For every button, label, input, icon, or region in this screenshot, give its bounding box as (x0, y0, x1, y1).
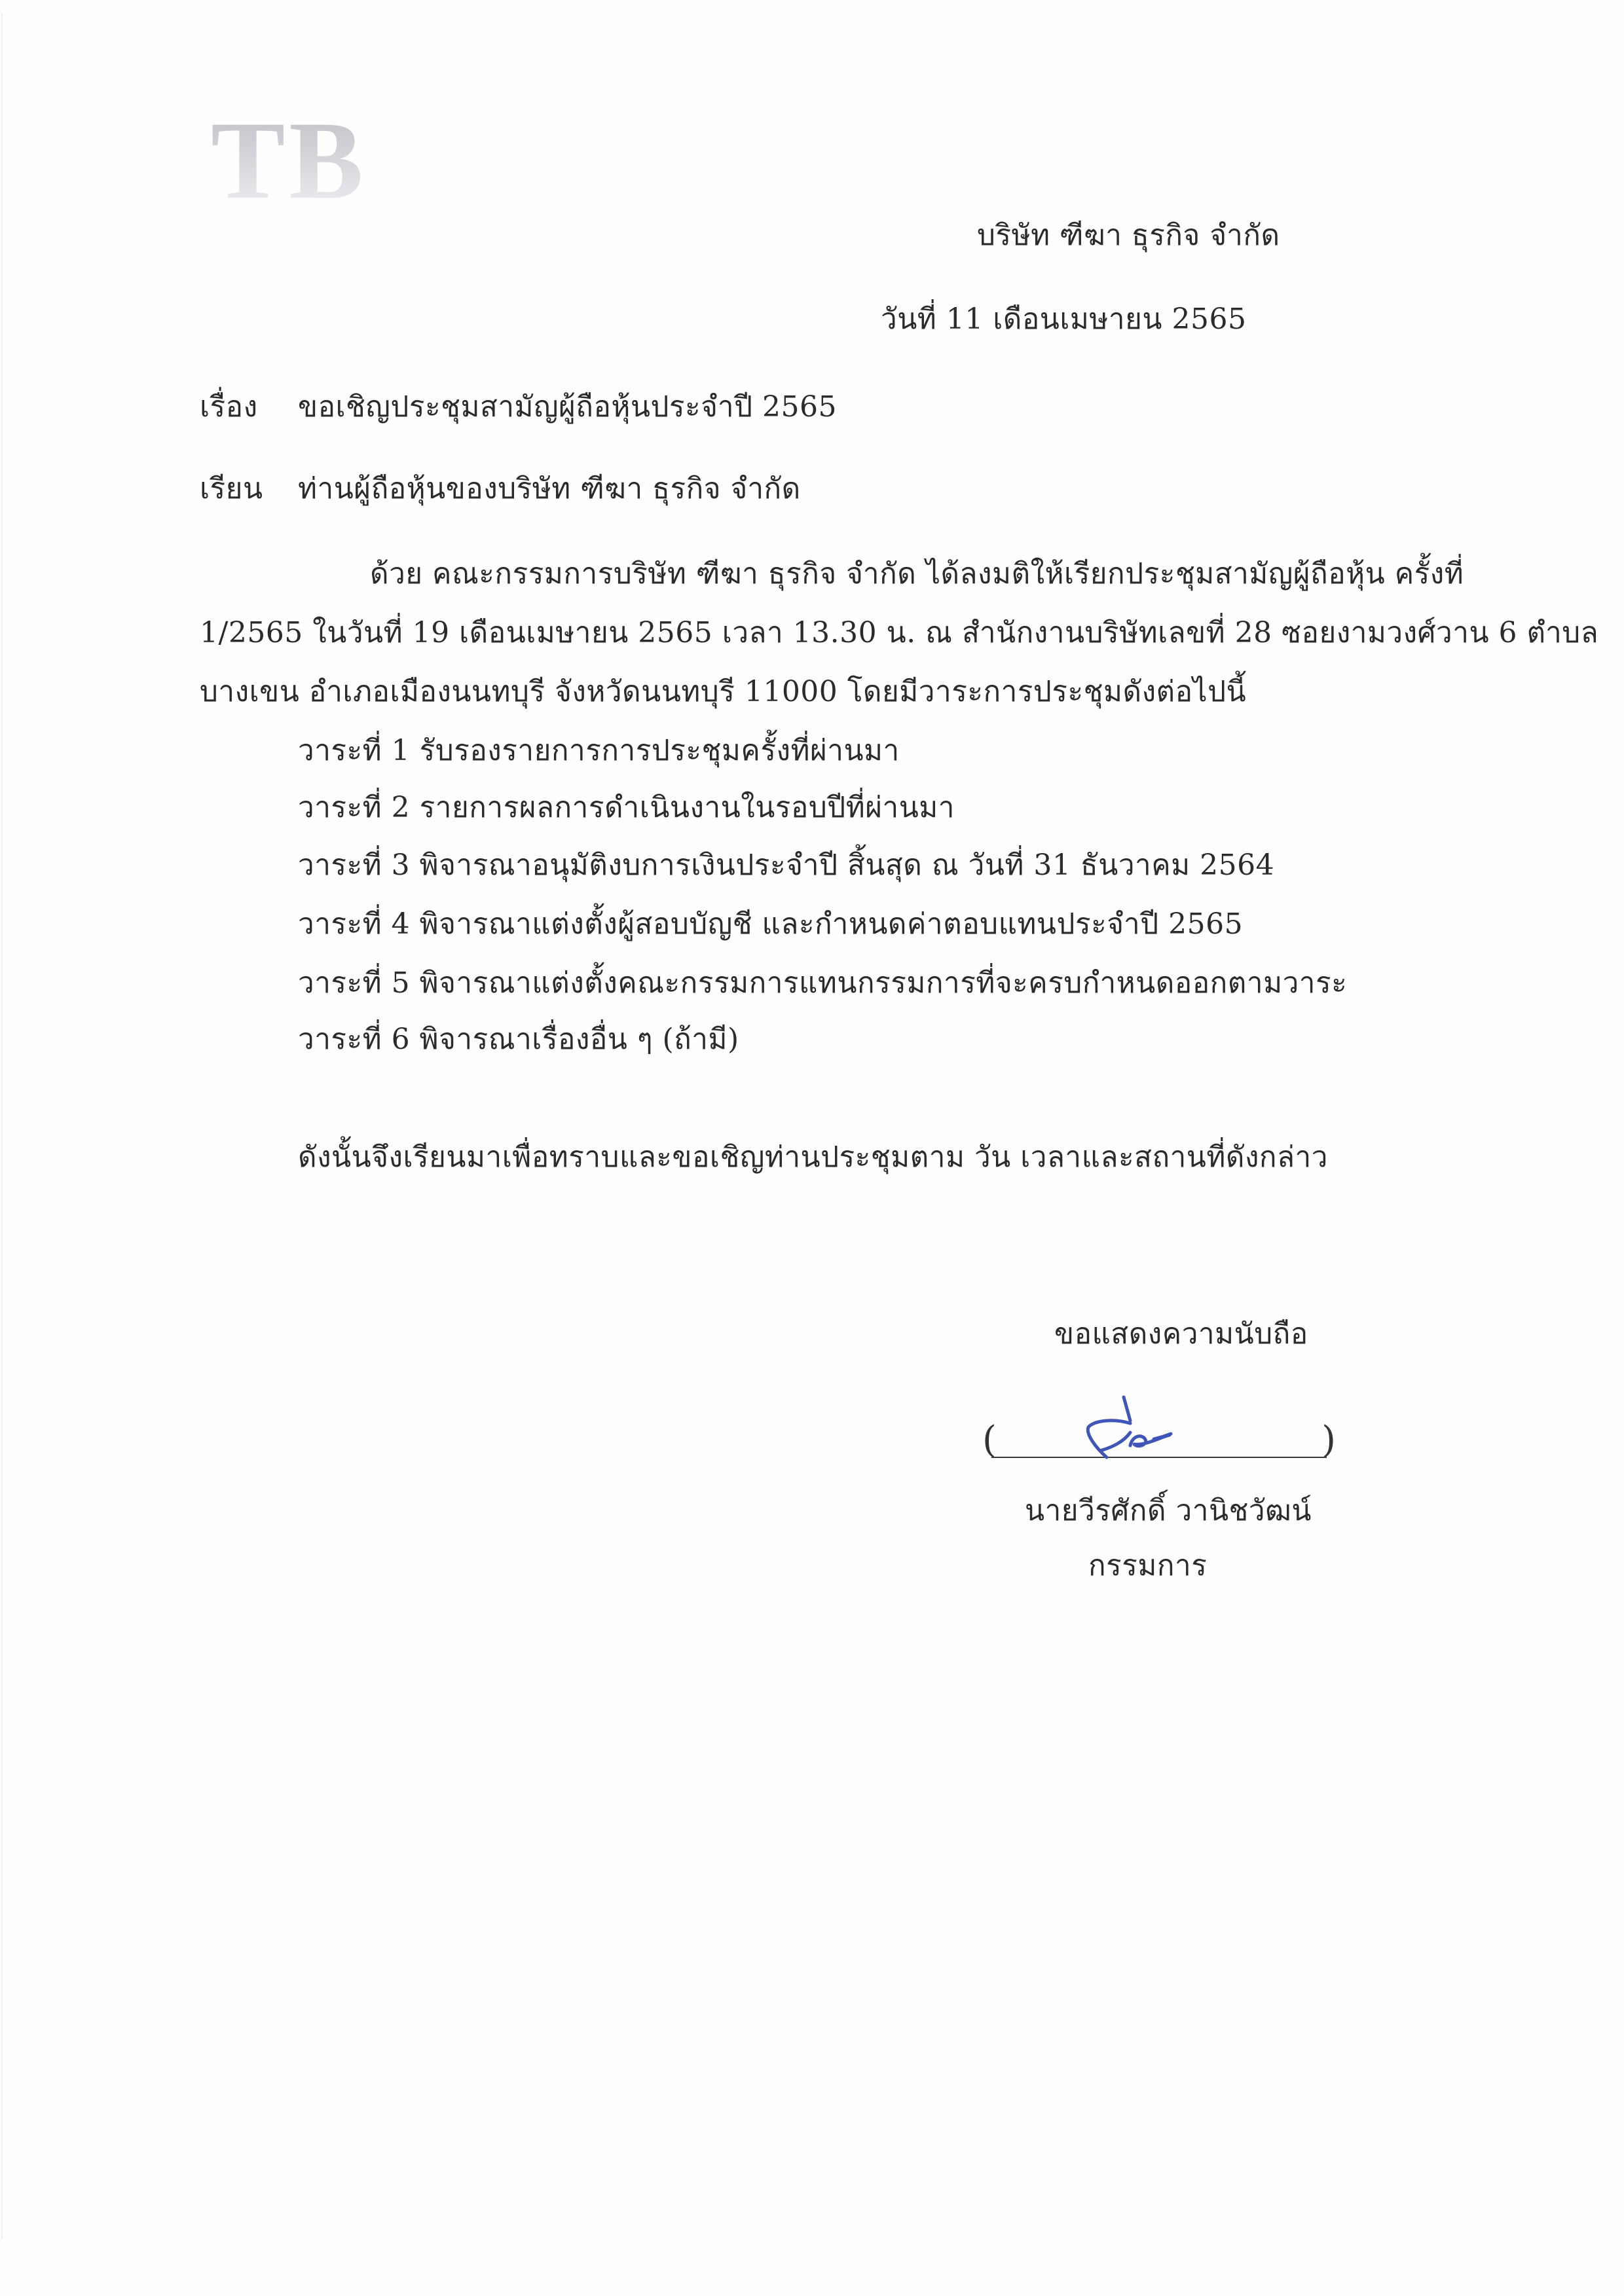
open-parenthesis: ( (982, 1421, 997, 1460)
letter-page: TB บริษัท ฑีฆา ธุรกิจ จำกัด วันที่ 11 เด… (0, 0, 1624, 2296)
letter-date: วันที่ 11 เดือนเมษายน 2565 (881, 300, 1246, 339)
company-logo: TB (211, 105, 367, 216)
signature-block: ( ) (982, 1394, 1336, 1467)
agenda-item-4: วาระที่ 4 พิจารณาแต่งตั้งผู้สอบบัญชี และ… (298, 905, 1243, 944)
agenda-item-1: วาระที่ 1 รับรองรายการการประชุมครั้งที่ผ… (298, 731, 900, 771)
closing-paragraph: ดังนั้นจึงเรียนมาเพื่อทราบและขอเชิญท่านป… (298, 1138, 1328, 1177)
handwritten-signature (1080, 1394, 1185, 1460)
signatory-name: นายวีรศักดิ์ วานิชวัฒน์ (1025, 1491, 1312, 1531)
agenda-item-6: วาระที่ 6 พิจารณาเรื่องอื่น ๆ (ถ้ามี) (298, 1020, 739, 1059)
close-parenthesis: ) (1321, 1421, 1336, 1460)
recipient-label: เรียน (200, 469, 298, 509)
salutation: ขอแสดงความนับถือ (1054, 1315, 1308, 1354)
subject-label: เรื่อง (200, 388, 298, 427)
body-line-2: 1/2565 ในวันที่ 19 เดือนเมษายน 2565 เวลา… (200, 613, 1598, 653)
agenda-item-5: วาระที่ 5 พิจารณาแต่งตั้งคณะกรรมการแทนกร… (298, 964, 1347, 1003)
subject-line: เรื่องขอเชิญประชุมสามัญผู้ถือหุ้นประจำปี… (200, 388, 837, 427)
agenda-item-2: วาระที่ 2 รายการผลการดำเนินงานในรอบปีที่… (298, 788, 955, 828)
subject-text: ขอเชิญประชุมสามัญผู้ถือหุ้นประจำปี 2565 (298, 390, 837, 424)
scan-edge (1, 13, 3, 2239)
agenda-item-3: วาระที่ 3 พิจารณาอนุมัติงบการเงินประจำปี… (298, 846, 1274, 885)
recipient-text: ท่านผู้ถือหุ้นของบริษัท ฑีฆา ธุรกิจ จำกั… (298, 472, 801, 505)
recipient-line: เรียนท่านผู้ถือหุ้นของบริษัท ฑีฆา ธุรกิจ… (200, 469, 801, 509)
company-name: บริษัท ฑีฆา ธุรกิจ จำกัด (977, 216, 1280, 255)
body-line-1: ด้วย คณะกรรมการบริษัท ฑีฆา ธุรกิจ จำกัด … (370, 555, 1464, 594)
body-line-3: บางเขน อำเภอเมืองนนทบุรี จังหวัดนนทบุรี … (200, 672, 1246, 712)
signatory-title: กรรมการ (1088, 1546, 1207, 1586)
